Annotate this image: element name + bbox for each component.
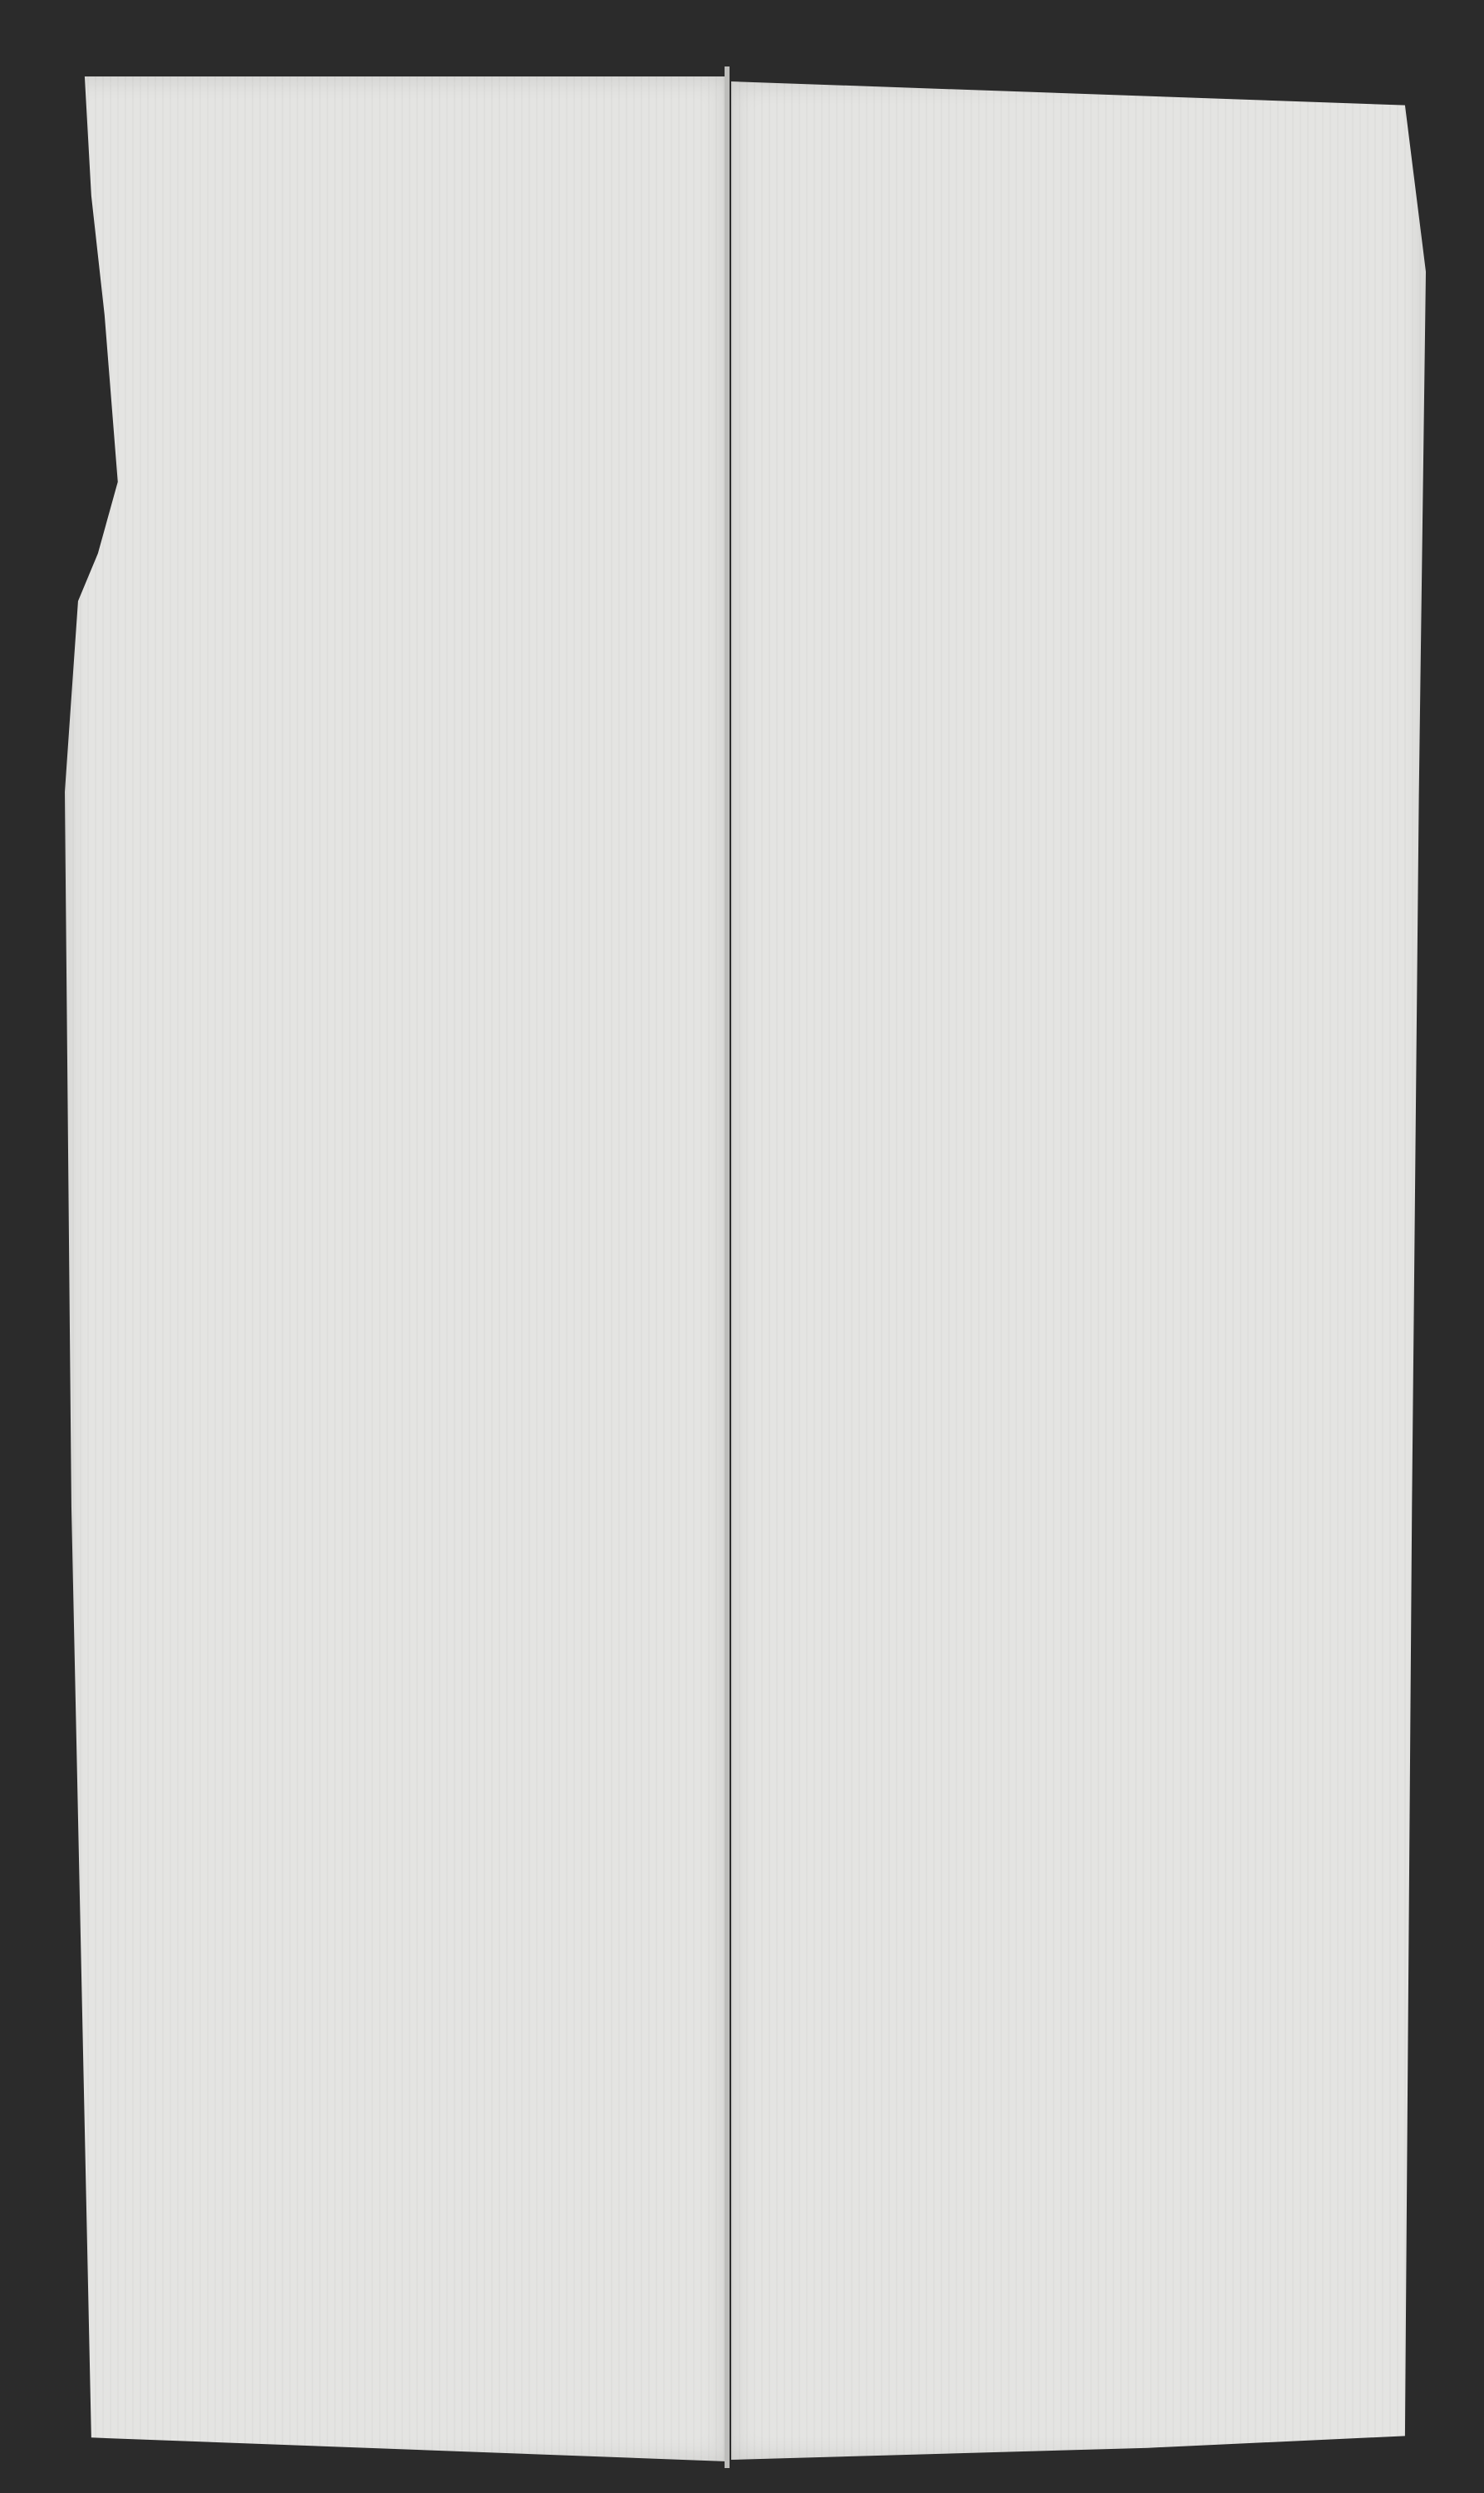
right-page [731, 81, 1426, 2460]
left-page [65, 76, 727, 2461]
book-gutter [725, 66, 730, 2468]
